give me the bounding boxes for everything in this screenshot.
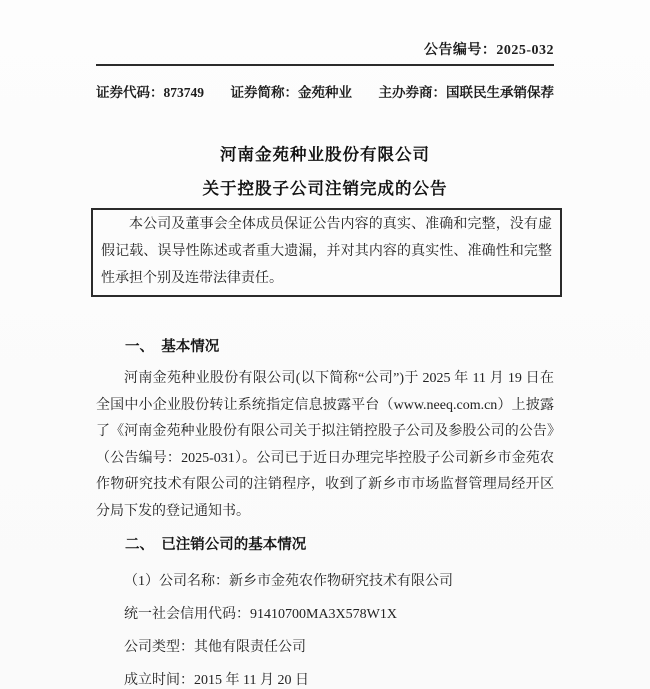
document-content: 公告编号：2025-032 证券代码：873749 证券简称：金苑种业 主办券商… bbox=[0, 0, 650, 689]
sponsor-broker: 主办券商：国联民生承销保荐 bbox=[379, 84, 555, 101]
unified-social-credit-code-item: 统一社会信用代码：91410700MA3X578W1X bbox=[96, 602, 554, 628]
company-type-item: 公司类型：其他有限责任公司 bbox=[96, 635, 554, 661]
deregistered-company-info: （1）公司名称：新乡市金苑农作物研究技术有限公司 统一社会信用代码：914107… bbox=[96, 569, 554, 689]
company-name-title: 河南金苑种业股份有限公司 bbox=[96, 145, 554, 165]
establishment-date-item: 成立时间：2015 年 11 月 20 日 bbox=[96, 668, 554, 689]
section-1-heading: 一、 基本情况 bbox=[96, 337, 554, 357]
stock-short-name: 证券简称：金苑种业 bbox=[231, 84, 353, 101]
announcement-number: 公告编号：2025-032 bbox=[96, 42, 554, 60]
securities-info-row: 证券代码：873749 证券简称：金苑种业 主办券商：国联民生承销保荐 bbox=[96, 84, 554, 101]
section-1-paragraph: 河南金苑种业股份有限公司(以下简称“公司”)于 2025 年 11 月 19 日… bbox=[96, 366, 554, 525]
announcement-document: 公告编号：2025-032 证券代码：873749 证券简称：金苑种业 主办券商… bbox=[0, 0, 650, 689]
company-name-item: （1）公司名称：新乡市金苑农作物研究技术有限公司 bbox=[96, 569, 554, 595]
disclaimer-text: 本公司及董事会全体成员保证公告内容的真实、准确和完整，没有虚假记载、误导性陈述或… bbox=[101, 211, 552, 292]
section-2-heading: 二、 已注销公司的基本情况 bbox=[96, 535, 554, 555]
announcement-title: 关于控股子公司注销完成的公告 bbox=[96, 179, 554, 199]
disclaimer-box: 本公司及董事会全体成员保证公告内容的真实、准确和完整，没有虚假记载、误导性陈述或… bbox=[91, 208, 562, 297]
header-rule bbox=[96, 64, 554, 66]
stock-code: 证券代码：873749 bbox=[96, 84, 204, 101]
